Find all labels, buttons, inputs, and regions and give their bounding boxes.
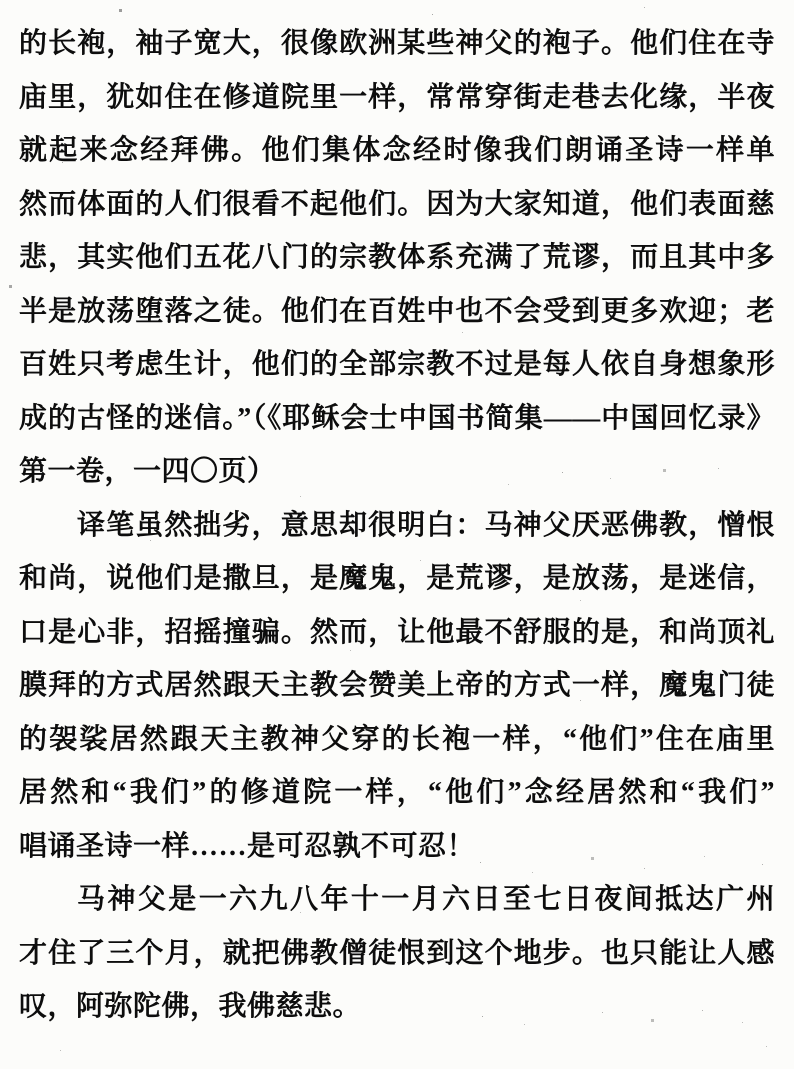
- paragraph: 的长袍，袖子宽大，很像欧洲某些神父的袍子。他们住在寺 庙里，犹如住在修道院里一样…: [19, 17, 775, 499]
- text-line: 马神父是一六九八年十一月六日至七日夜间抵达广州的，: [19, 873, 775, 927]
- text-line: 成的古怪的迷信。”（《耶稣会士中国书简集——中国回忆录》: [19, 392, 775, 446]
- scanned-page: 的长袍，袖子宽大，很像欧洲某些神父的袍子。他们住在寺 庙里，犹如住在修道院里一样…: [0, 0, 794, 1069]
- text-line: 第一卷，一四〇页）: [19, 445, 775, 499]
- text-line: 才住了三个月，就把佛教僧徒恨到这个地步。也只能让人感: [19, 927, 775, 981]
- text-line: 庙里，犹如住在修道院里一样，常常穿街走巷去化缘，半夜: [19, 71, 775, 125]
- text-line: 膜拜的方式居然跟天主教会赞美上帝的方式一样，魔鬼门徒: [19, 659, 775, 713]
- text-line: 的袈裟居然跟天主教神父穿的长袍一样，“他们”住在庙里: [19, 713, 775, 767]
- text-line: 居然和“我们”的修道院一样，“他们”念经居然和“我们”: [19, 766, 775, 820]
- text-line: 悲，其实他们五花八门的宗教体系充满了荒谬，而且其中多: [19, 231, 775, 285]
- text-line: 然而体面的人们很看不起他们。因为大家知道，他们表面慈: [19, 178, 775, 232]
- text-line: 唱诵圣诗一样……是可忍孰不可忍！: [19, 820, 775, 874]
- text-line: 就起来念经拜佛。他们集体念经时像我们朗诵圣诗一样单调。: [19, 124, 775, 178]
- text-line: 和尚，说他们是撒旦，是魔鬼，是荒谬，是放荡，是迷信，: [19, 552, 775, 606]
- text-line: 译笔虽然拙劣，意思却很明白：马神父厌恶佛教，憎恨: [19, 499, 775, 553]
- text-line: 叹，阿弥陀佛，我佛慈悲。: [19, 980, 775, 1034]
- paragraph: 译笔虽然拙劣，意思却很明白：马神父厌恶佛教，憎恨 和尚，说他们是撒旦，是魔鬼，是…: [19, 499, 775, 874]
- text-block: 的长袍，袖子宽大，很像欧洲某些神父的袍子。他们住在寺 庙里，犹如住在修道院里一样…: [19, 17, 775, 1034]
- text-line: 半是放荡堕落之徒。他们在百姓中也不会受到更多欢迎；老: [19, 285, 775, 339]
- scan-noise: [0, 0, 1, 1]
- text-line: 口是心非，招摇撞骗。然而，让他最不舒服的是，和尚顶礼: [19, 606, 775, 660]
- paragraph: 马神父是一六九八年十一月六日至七日夜间抵达广州的， 才住了三个月，就把佛教僧徒恨…: [19, 873, 775, 1034]
- text-line: 百姓只考虑生计，他们的全部宗教不过是每人依自身想象形: [19, 338, 775, 392]
- text-line: 的长袍，袖子宽大，很像欧洲某些神父的袍子。他们住在寺: [19, 17, 775, 71]
